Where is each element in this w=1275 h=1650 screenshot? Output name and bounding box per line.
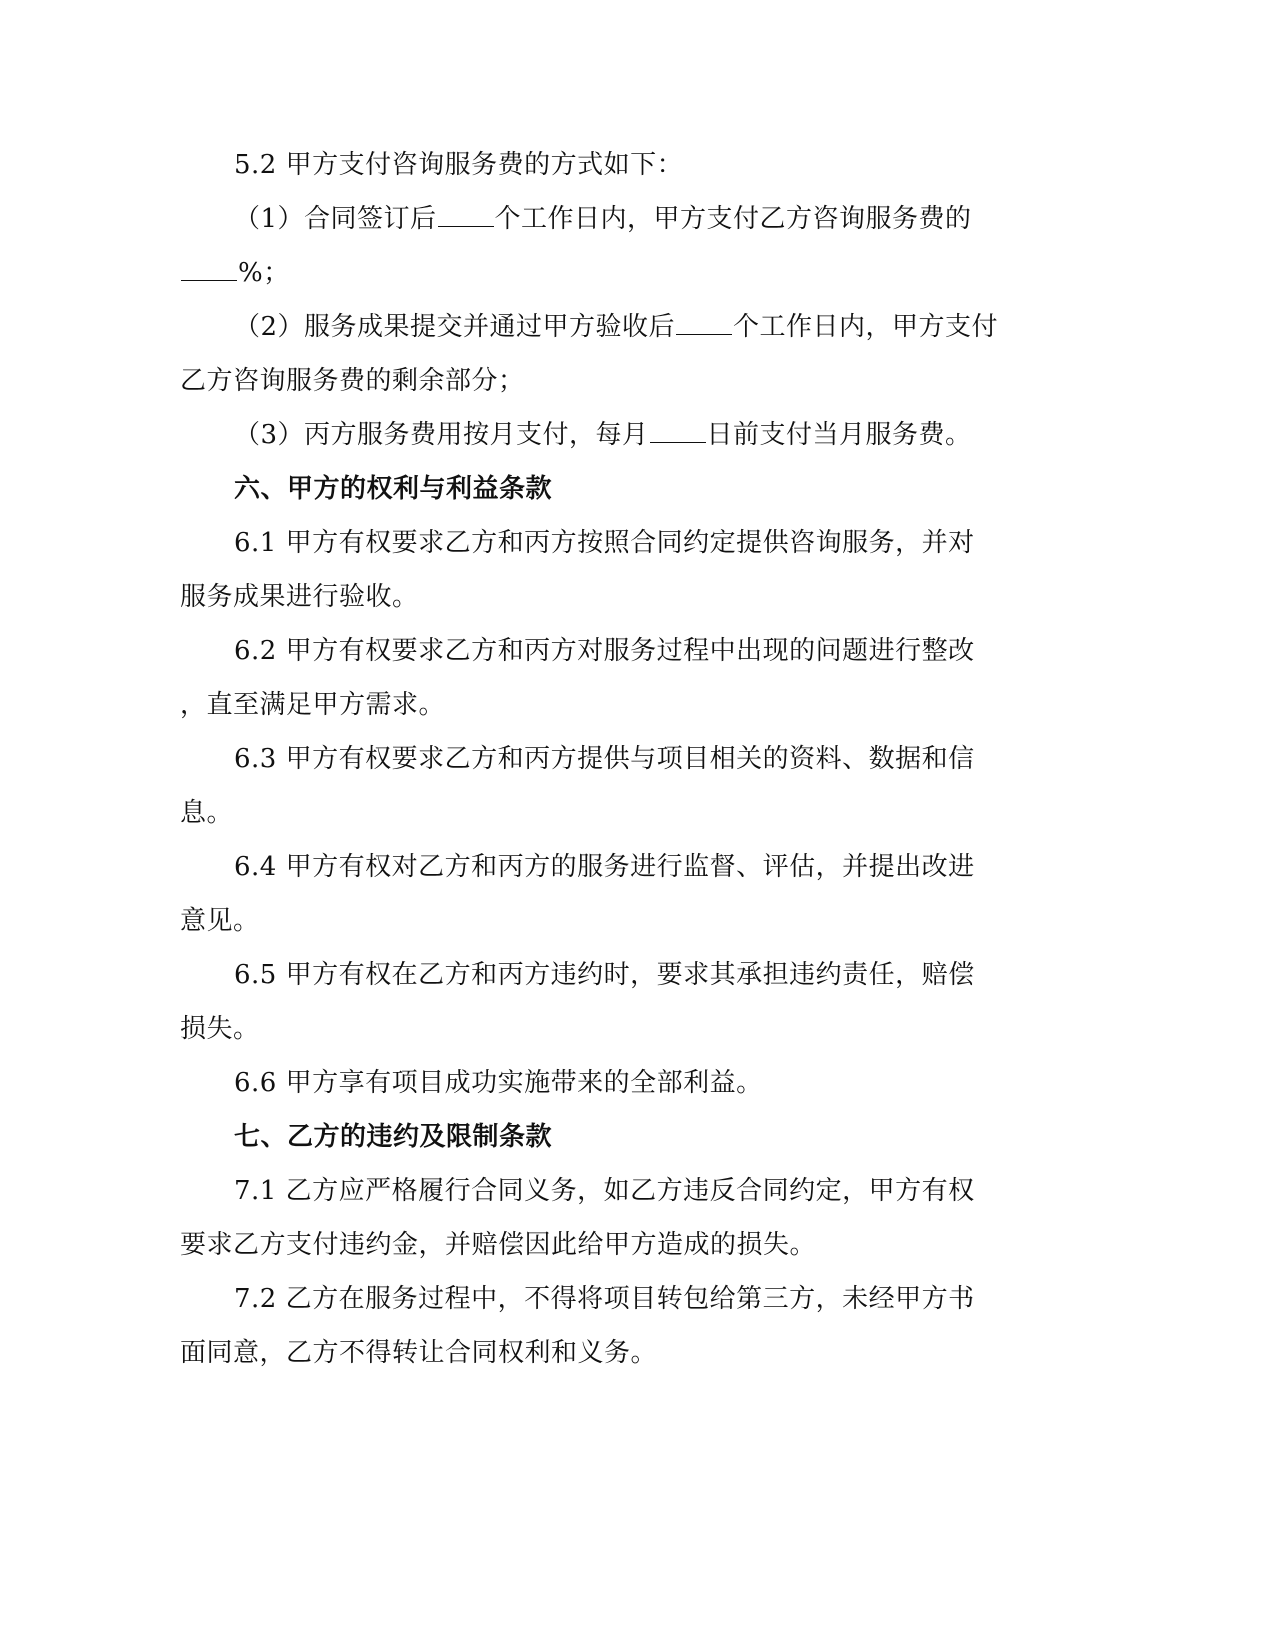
clause-6-5: 6.5 甲方有权在乙方和丙方违约时，要求其承担违约责任，赔偿 — [180, 948, 1030, 1002]
heading-text: 六、甲方的权利与利益条款 — [234, 474, 552, 504]
text: 6.2 甲方有权要求乙方和丙方对服务过程中出现的问题进行整改 — [234, 636, 975, 666]
clause-6-1: 6.1 甲方有权要求乙方和丙方按照合同约定提供咨询服务，并对 — [180, 516, 1030, 570]
text: 7.2 乙方在服务过程中，不得将项目转包给第三方，未经甲方书 — [234, 1284, 975, 1314]
text: %； — [238, 258, 290, 288]
clause-5-2-item-2: （2）服务成果提交并通过甲方验收后个工作日内，甲方支付 — [180, 300, 1030, 354]
clause-6-3: 6.3 甲方有权要求乙方和丙方提供与项目相关的资料、数据和信 — [180, 732, 1030, 786]
clause-5-2-item-3: （3）丙方服务费用按月支付，每月日前支付当月服务费。 — [180, 408, 1030, 462]
text: 个工作日内，甲方支付乙方咨询服务费的 — [495, 204, 972, 234]
fill-in-blank-workdays[interactable] — [676, 304, 732, 335]
clause-6-4: 6.4 甲方有权对乙方和丙方的服务进行监督、评估，并提出改进 — [180, 840, 1030, 894]
clause-5-2-item-1-cont: %； — [180, 246, 1030, 300]
fill-in-blank-workdays[interactable] — [438, 196, 494, 227]
clause-6-1-cont: 服务成果进行验收。 — [180, 570, 1030, 624]
clause-7-2-cont: 面同意，乙方不得转让合同权利和义务。 — [180, 1326, 1030, 1380]
text: 个工作日内，甲方支付 — [733, 312, 998, 342]
text: 6.4 甲方有权对乙方和丙方的服务进行监督、评估，并提出改进 — [234, 852, 975, 882]
text: 6.1 甲方有权要求乙方和丙方按照合同约定提供咨询服务，并对 — [234, 528, 975, 558]
text: 6.3 甲方有权要求乙方和丙方提供与项目相关的资料、数据和信 — [234, 744, 975, 774]
text: ，直至满足甲方需求。 — [180, 690, 445, 720]
text: 服务成果进行验收。 — [180, 582, 419, 612]
text: 意见。 — [180, 906, 260, 936]
document-page: 5.2 甲方支付咨询服务费的方式如下： （1）合同签订后个工作日内，甲方支付乙方… — [180, 138, 1030, 1380]
text: 损失。 — [180, 1014, 260, 1044]
text: （3）丙方服务费用按月支付，每月 — [234, 420, 649, 450]
text: 乙方咨询服务费的剩余部分； — [180, 366, 525, 396]
clause-6-3-cont: 息。 — [180, 786, 1030, 840]
text: （1）合同签订后 — [234, 204, 437, 234]
section-6-heading: 六、甲方的权利与利益条款 — [180, 462, 1030, 516]
clause-6-2: 6.2 甲方有权要求乙方和丙方对服务过程中出现的问题进行整改 — [180, 624, 1030, 678]
clause-6-2-cont: ，直至满足甲方需求。 — [180, 678, 1030, 732]
text: 6.5 甲方有权在乙方和丙方违约时，要求其承担违约责任，赔偿 — [234, 960, 975, 990]
text: 5.2 甲方支付咨询服务费的方式如下： — [234, 150, 683, 180]
fill-in-blank-day[interactable] — [650, 412, 706, 443]
text: 日前支付当月服务费。 — [707, 420, 972, 450]
clause-6-4-cont: 意见。 — [180, 894, 1030, 948]
clause-6-6: 6.6 甲方享有项目成功实施带来的全部利益。 — [180, 1056, 1030, 1110]
text: 6.6 甲方享有项目成功实施带来的全部利益。 — [234, 1068, 763, 1098]
text: 7.1 乙方应严格履行合同义务，如乙方违反合同约定，甲方有权 — [234, 1176, 975, 1206]
text: 要求乙方支付违约金，并赔偿因此给甲方造成的损失。 — [180, 1230, 816, 1260]
fill-in-blank-percent[interactable] — [181, 250, 237, 281]
clause-7-1-cont: 要求乙方支付违约金，并赔偿因此给甲方造成的损失。 — [180, 1218, 1030, 1272]
text: （2）服务成果提交并通过甲方验收后 — [234, 312, 675, 342]
clause-7-2: 7.2 乙方在服务过程中，不得将项目转包给第三方，未经甲方书 — [180, 1272, 1030, 1326]
clause-5-2-title: 5.2 甲方支付咨询服务费的方式如下： — [180, 138, 1030, 192]
section-7-heading: 七、乙方的违约及限制条款 — [180, 1110, 1030, 1164]
clause-5-2-item-1: （1）合同签订后个工作日内，甲方支付乙方咨询服务费的 — [180, 192, 1030, 246]
text: 面同意，乙方不得转让合同权利和义务。 — [180, 1338, 657, 1368]
clause-6-5-cont: 损失。 — [180, 1002, 1030, 1056]
clause-5-2-item-2-cont: 乙方咨询服务费的剩余部分； — [180, 354, 1030, 408]
text: 息。 — [180, 798, 233, 828]
clause-7-1: 7.1 乙方应严格履行合同义务，如乙方违反合同约定，甲方有权 — [180, 1164, 1030, 1218]
heading-text: 七、乙方的违约及限制条款 — [234, 1122, 552, 1152]
